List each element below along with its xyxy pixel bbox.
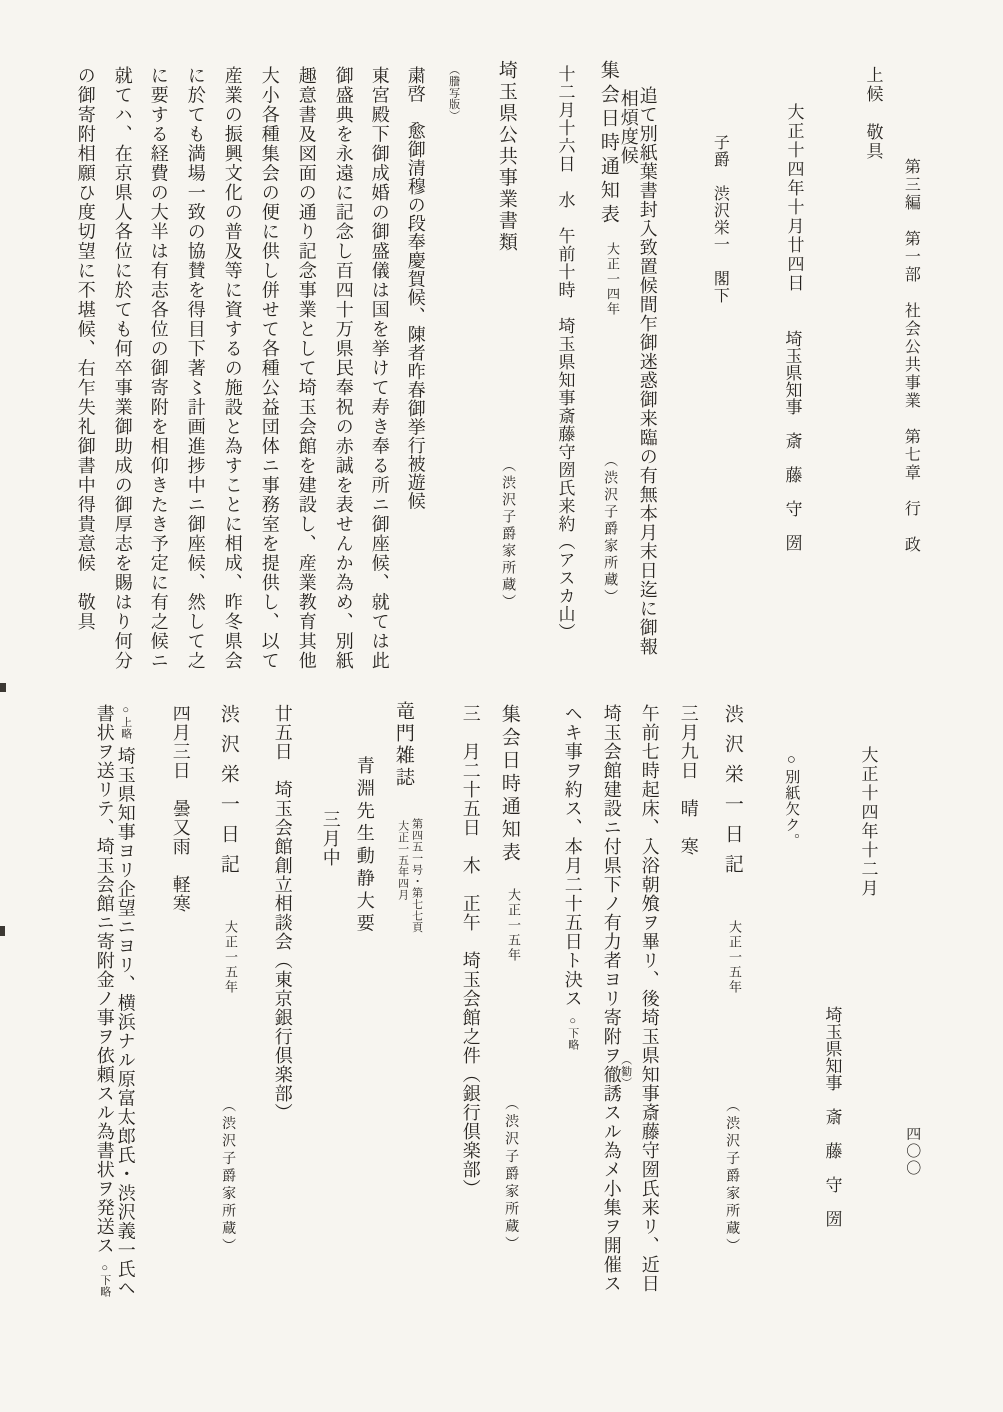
chapter-header: 第三編 第一部 社会公共事業 第七章 行 政 [901,158,919,554]
letter1-postscript-line: 相煩度候 [618,89,639,165]
letter2-missing-note: ○別紙欠ク。 [782,752,799,849]
magazine-title: 竜門雑誌 [392,701,414,789]
scan-edge-mark [0,926,5,936]
scan-edge-mark [0,683,6,692]
letter-body-line: に要する経費の大半は有志各位の御寄附を相仰きたき予定に有之候ニ [148,66,169,671]
diary1-line: 午前七時起床、入浴朝飧ヲ畢リ、後埼玉県知事斎藤守圀氏来リ、近日 [639,704,660,1293]
letter2-date: 大正十四年十二月 [858,746,878,898]
diary2-source: （渋沢子爵家所蔵） [219,1098,235,1256]
diary2-title: 渋沢栄一日記 [217,704,239,884]
letter1-postscript-line: 追て別紙葉書封入致置候間乍御迷惑御来臨の有無本月末日迄に御報 [637,86,658,656]
diary2-line: 書状ヲ送リテ、埼玉会館ニ寄附金ノ事ヲ依頼スル為書状ヲ発送ス○下略 [94,704,115,1298]
letter-body-line: の御寄附相願ひ度切望に不堪候、右乍失礼御書中得貴意候 敬具 [75,66,96,632]
letter-body-line: 大小各種集会の便に供し併せて各種公益団体ニ事務室を提供し、以て [259,66,280,671]
magazine-citation-issue: 第四五一号・第七七頁 [410,818,423,933]
letter-body-line: 産業の振興文化の普及等に資するの施設と為すことに相成、昨冬県会 [222,66,243,671]
letter-body-line: 趣意書及図面の通り記念事業として埼玉会館を建設し、産業教育其他 [296,66,317,671]
magazine-period: 三月中 [320,810,341,867]
diary1-source: （渋沢子爵家所蔵） [723,1098,739,1256]
letter-body-line: 御盛典を永遠に記念し百四十万県民奉祝の赤誠を表せんか為め、別紙 [333,66,354,671]
notice2-entry: 三 月二十五日 木 正午 埼玉会館之件（銀行倶楽部） [460,704,481,1198]
document-title: 埼玉県公共事業書類 [495,60,517,254]
letter1-date: 大正十四年十月廿四日 [784,103,804,293]
diary2-line-text: 埼玉県知事ヨリ企望ニヨリ、横浜ナル原富太郎氏・渋沢義一氏ヘ [116,747,136,1298]
letter1-sender: 埼玉県知事 斎 藤 守 圀 [782,330,802,551]
diary1-title: 渋沢栄一日記 [721,704,743,884]
diary2-line-text: 書状ヲ送リテ、埼玉会館ニ寄附金ノ事ヲ依頼スル為書状ヲ発送ス [95,704,115,1255]
letter-body-line: 就てハ、在京県人各位に於ても何卒事業御助成の御厚志を賜はり何分 [112,66,133,671]
notice1-source: （渋沢子爵家所蔵） [601,453,617,606]
diary1-line-text: ヘキ事ヲ約ス、本月二十五日ト決ス [563,704,583,1008]
notice1-title: 集会日時通知表 [597,60,619,228]
diary2-line: ○上略埼玉県知事ヨリ企望ニヨリ、横浜ナル原富太郎氏・渋沢義一氏ヘ [115,704,136,1298]
letter1-recipient: 子爵 渋沢栄一 閣下 [710,134,728,304]
diary2-entry-date: 四月三日 曇又雨 軽寒 [170,704,191,913]
notice2-source: （渋沢子爵家所蔵） [502,1096,518,1254]
letter-body-line: に於ても満場一致の協賛を得目下著〻計画進捗中ニ御座候、然して之 [185,66,206,671]
magazine-subtitle: 青淵先生動静大要 [354,756,375,936]
notice1-year: 大正一四年 [604,242,619,317]
diary1-entry-date: 三月九日 晴 寒 [678,704,699,856]
notice2-title: 集会日時通知表 [498,704,520,865]
omission-mark: ○下略 [99,1262,111,1298]
document-source: （渋沢子爵家所蔵） [499,458,515,611]
omission-mark: ○下略 [567,1015,579,1051]
omission-mark: ○上略 [120,704,132,740]
notice1-entry: 十二月十六日 水 午前十時 埼玉県知事斎藤守圀氏来約（アスカ山） [555,65,575,641]
diary2-year: 大正一五年 [222,920,237,995]
magazine-entry: 廿五日 埼玉会館創立相談会（東京銀行倶楽部） [272,704,293,1122]
page-number: 四〇〇 [903,1126,920,1177]
magazine-citation-date: 大正一五年四月 [396,820,409,901]
document-format-note: （謄写版） [447,64,460,122]
diary1-correction-annotation: （勧） [619,1054,632,1089]
diary1-line: ヘキ事ヲ約ス、本月二十五日ト決ス○下略 [562,704,583,1051]
diary1-line: 埼玉会館建設ニ付県下ノ有力者ヨリ寄附ヲ徹誘スル為メ小集ヲ開催ス [601,704,622,1293]
letter-body-line: 東宮殿下御成婚の御盛儀は国を挙けて寿き奉る所ニ御座候、就ては此 [369,66,390,671]
book-page: 第三編 第一部 社会公共事業 第七章 行 政 上候 敬具 大正十四年十月廿四日 … [0,0,1003,1412]
notice2-year: 大正一五年 [505,888,520,963]
letter-closing: 上候 敬具 [863,66,883,161]
document-opening-line: 粛啓 愈御清穆の段奉慶賀候、陳者昨春御挙行被遊候 [405,66,426,510]
letter2-sender: 埼玉県知事 斎 藤 守 圀 [822,1006,842,1227]
diary1-year: 大正一五年 [726,920,741,995]
